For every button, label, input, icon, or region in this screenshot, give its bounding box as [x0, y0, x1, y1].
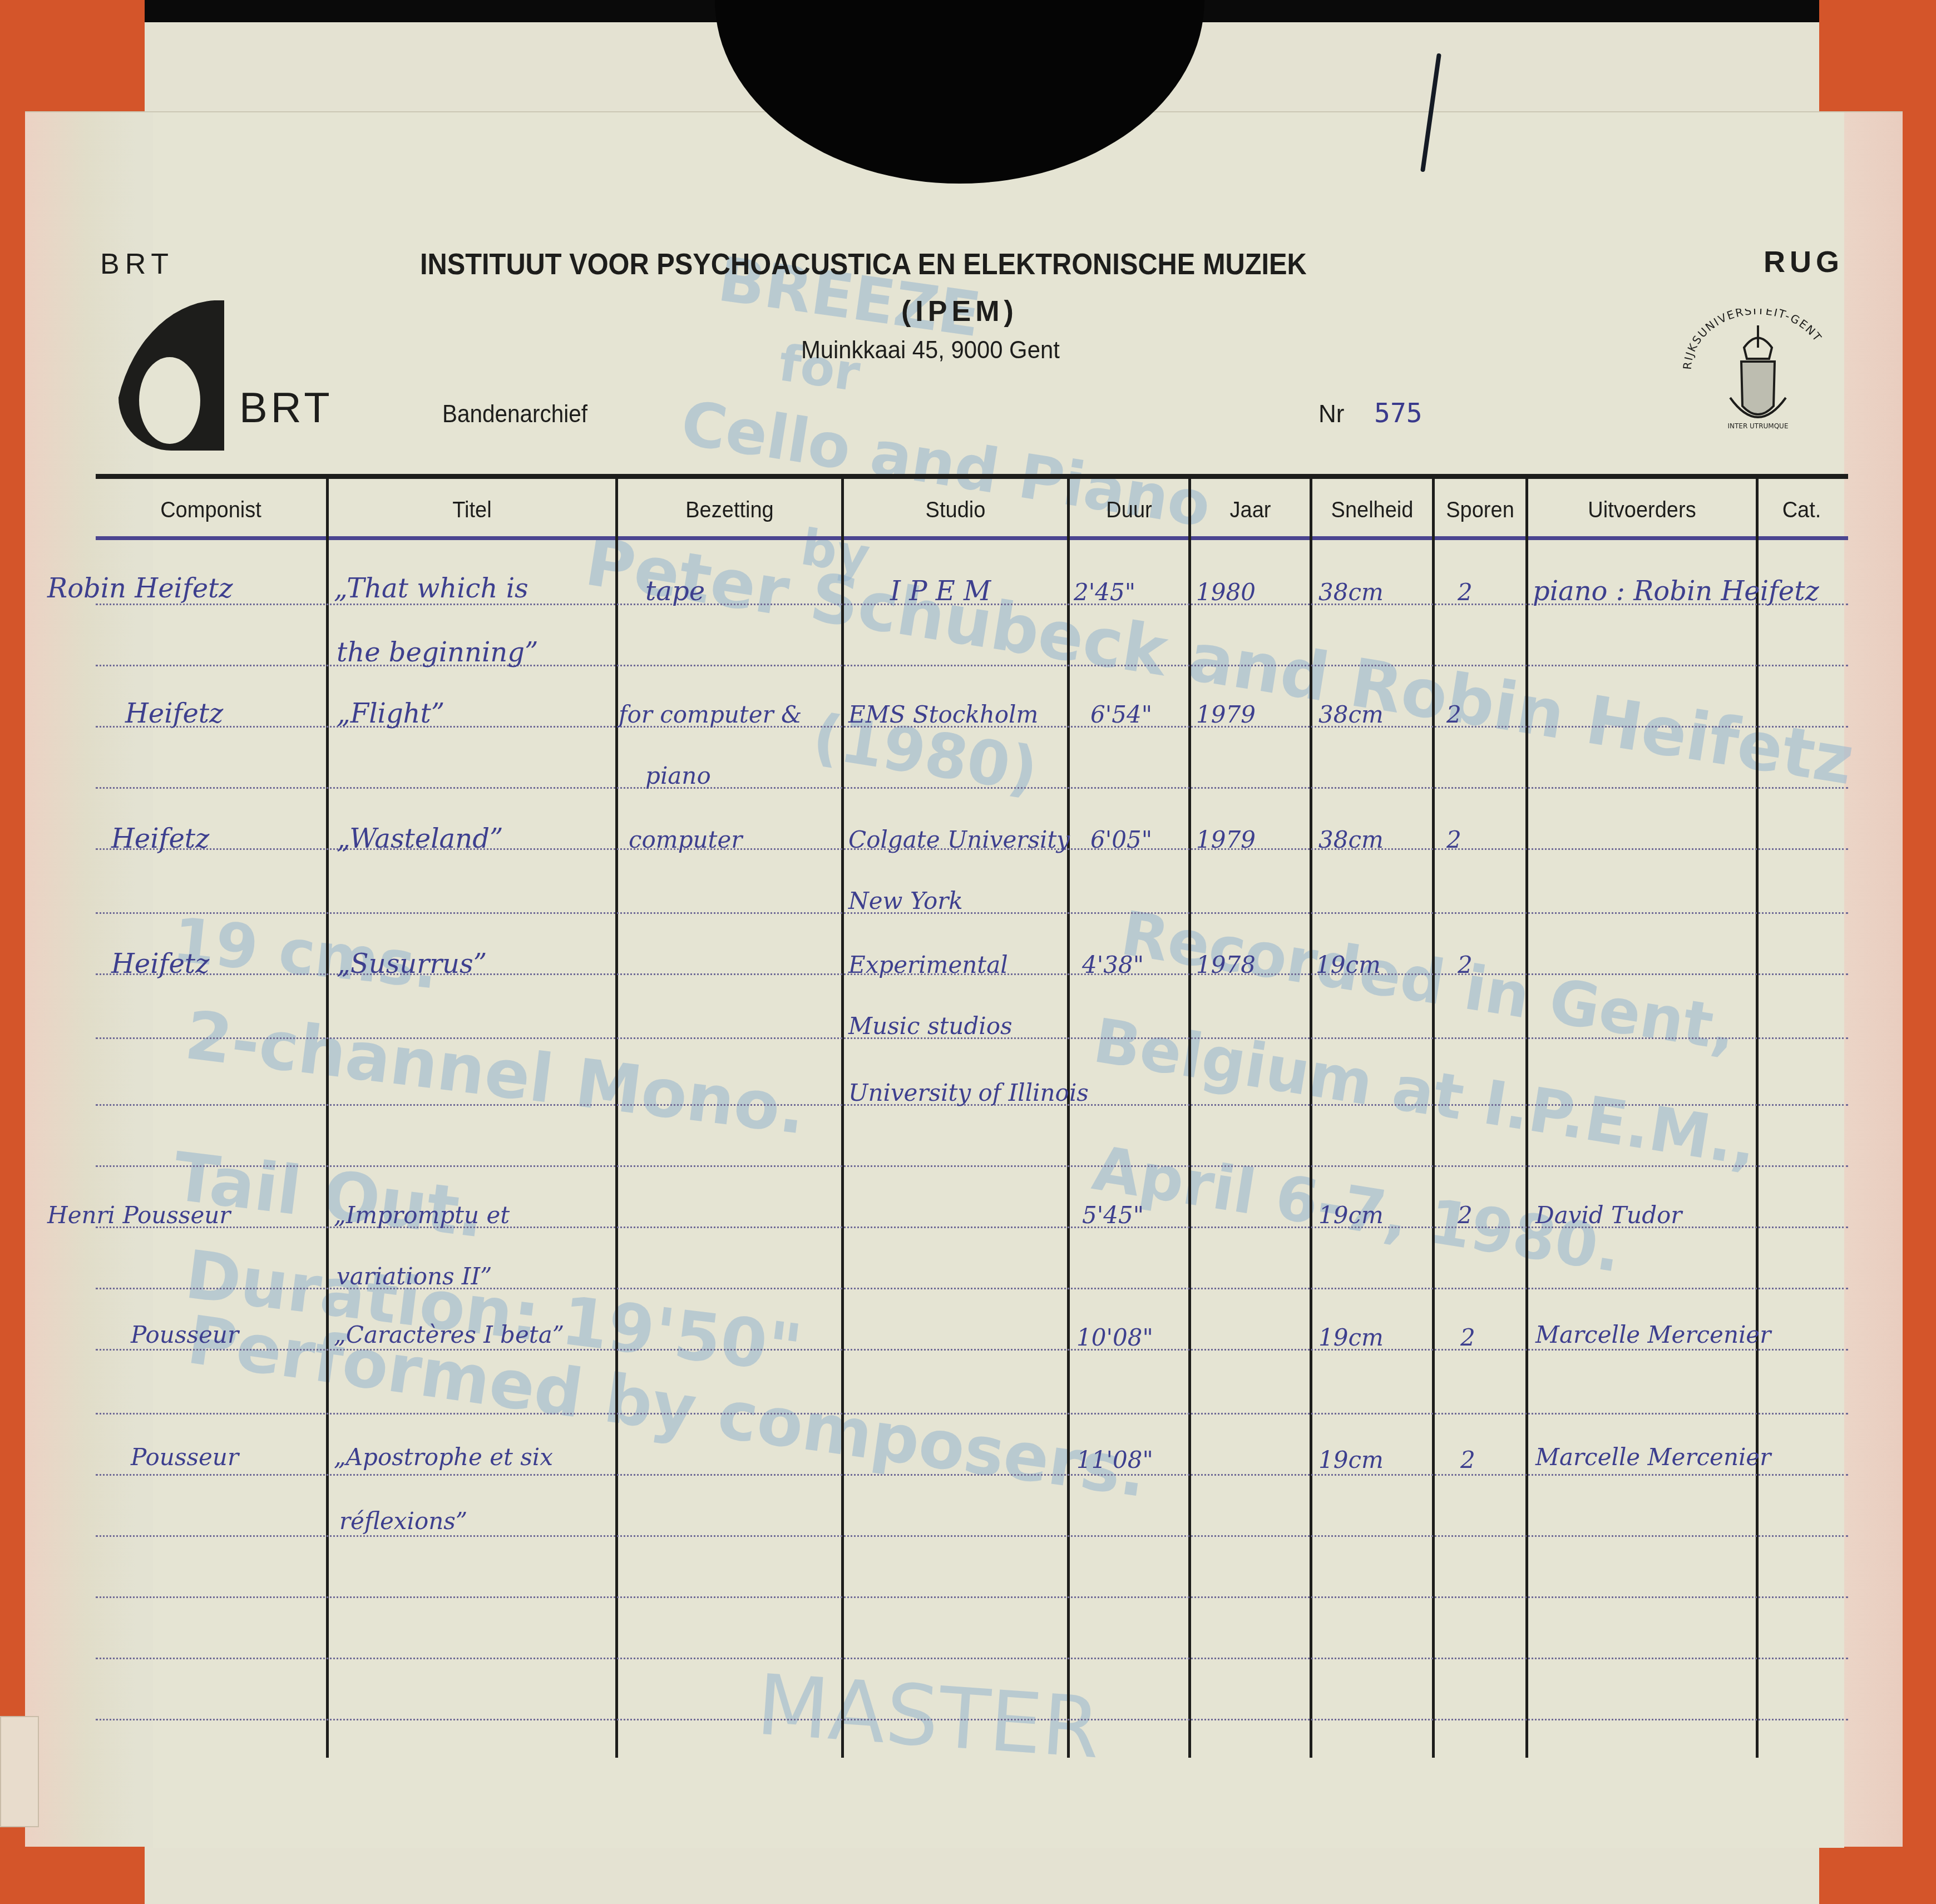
cell-sporen: 2	[1446, 701, 1461, 728]
cell-snelheid: 38cm	[1318, 701, 1384, 728]
cell-sporen: 2	[1458, 951, 1473, 978]
cell-duur: 11'08"	[1076, 1446, 1153, 1473]
institute-abbrev: (IPEM)	[901, 295, 1018, 328]
cell-titel: „Wasteland”	[337, 823, 503, 854]
row-line	[96, 1474, 1848, 1476]
cell-duur: 4'38"	[1082, 951, 1144, 978]
column-divider	[326, 478, 329, 1758]
row-line	[96, 1719, 1848, 1720]
brt-logo-text: BRT	[239, 384, 333, 432]
row-line	[96, 787, 1848, 789]
cell-uitvoerders: David Tudor	[1535, 1201, 1682, 1229]
column-header-duur: Duur	[1073, 498, 1185, 523]
row-line	[96, 1596, 1848, 1598]
column-divider	[1310, 478, 1312, 1758]
cell-duur: 6'54"	[1090, 701, 1152, 728]
table-top-rule	[96, 474, 1848, 479]
brt-label: BRT	[100, 248, 174, 281]
cell-componist: Heifetz	[111, 823, 209, 854]
seal-motto: INTER UTRUMQUE	[1728, 422, 1789, 430]
column-header-uitvoerders: Uitvoerders	[1534, 498, 1750, 523]
cell-bezetting: piano	[645, 762, 711, 789]
column-header-componist: Componist	[101, 498, 320, 523]
row-line	[96, 1165, 1848, 1167]
column-header-bezetting: Bezetting	[624, 498, 836, 523]
cell-componist: Robin Heifetz	[47, 573, 233, 604]
cell-snelheid: 38cm	[1318, 826, 1384, 853]
number-label: Nr	[1318, 400, 1344, 428]
cell-studio: University of Illinois	[848, 1079, 1089, 1106]
cell-snelheid: 38cm	[1318, 578, 1384, 606]
cell-jaar: 1980	[1196, 578, 1256, 606]
column-divider	[841, 478, 844, 1758]
cell-studio: Colgate University	[848, 826, 1070, 853]
cell-titel: the beginning”	[337, 637, 538, 668]
column-header-cat: Cat.	[1761, 498, 1843, 523]
cell-studio: Music studios	[848, 1012, 1013, 1040]
institute-title: INSTITUUT VOOR PSYCHOACUSTICA EN ELEKTRO…	[420, 248, 1307, 281]
cell-bezetting: for computer &	[619, 701, 802, 728]
cell-titel: „Caractères I beta”	[334, 1321, 564, 1348]
cell-titel: „Apostrophe et six	[334, 1443, 553, 1471]
cell-titel: réflexions”	[339, 1507, 467, 1535]
cell-studio: EMS Stockholm	[848, 701, 1038, 728]
cell-duur: 2'45"	[1074, 578, 1135, 606]
row-line	[96, 1349, 1848, 1351]
column-divider	[1432, 478, 1435, 1758]
cell-jaar: 1978	[1196, 951, 1256, 978]
cell-studio: I P E M	[890, 576, 991, 607]
cell-jaar: 1979	[1196, 826, 1256, 853]
table-header-rule	[96, 536, 1848, 540]
cell-snelheid: 19cm	[1318, 1201, 1384, 1229]
cell-sporen: 2	[1446, 826, 1461, 853]
cell-componist: Heifetz	[111, 948, 209, 980]
cell-componist: Pousseur	[131, 1443, 239, 1471]
cell-jaar: 1979	[1196, 701, 1256, 728]
cell-bezetting: computer	[629, 826, 742, 853]
brt-logo-icon	[118, 300, 224, 451]
cell-snelheid: 19cm	[1316, 951, 1381, 978]
row-line	[96, 1535, 1848, 1537]
column-divider	[615, 478, 618, 1758]
cell-duur: 6'05"	[1090, 826, 1152, 853]
column-header-snelheid: Snelheid	[1315, 498, 1429, 523]
column-header-studio: Studio	[850, 498, 1061, 523]
cell-sporen: 2	[1458, 1201, 1473, 1229]
cell-uitvoerders: Marcelle Mercenier	[1535, 1443, 1771, 1471]
cell-duur: 10'08"	[1076, 1324, 1153, 1351]
cell-componist: Henri Pousseur	[47, 1201, 230, 1229]
column-divider	[1067, 478, 1070, 1758]
cell-titel: variations II”	[337, 1263, 492, 1290]
tape-sleeve	[25, 111, 1903, 1847]
institute-address: Muinkkaai 45, 9000 Gent	[801, 337, 1060, 364]
cell-duur: 5'45"	[1082, 1201, 1144, 1229]
cell-snelheid: 19cm	[1318, 1446, 1384, 1473]
row-line	[96, 1413, 1848, 1415]
sleeve-edge-left	[0, 0, 25, 1904]
cell-titel: „Susurrus”	[337, 948, 487, 980]
column-header-jaar: Jaar	[1194, 498, 1306, 523]
archive-label: Bandenarchief	[442, 400, 587, 428]
column-divider	[1188, 478, 1191, 1758]
cell-componist: Pousseur	[131, 1321, 239, 1348]
university-seal-icon: RIJKSUNIVERSITEIT-GENT INTER UTRUMQUE	[1675, 309, 1841, 442]
cell-uitvoerders: Marcelle Mercenier	[1535, 1321, 1771, 1348]
cell-sporen: 2	[1460, 1324, 1475, 1351]
cell-studio: Experimental	[848, 951, 1008, 978]
row-line	[96, 1658, 1848, 1659]
cell-uitvoerders: piano : Robin Heifetz	[1533, 576, 1819, 607]
archive-number: 575	[1374, 398, 1423, 429]
cell-bezetting: tape	[645, 576, 705, 607]
column-divider	[1756, 478, 1759, 1758]
column-header-titel: Titel	[336, 498, 608, 523]
cell-componist: Heifetz	[125, 698, 223, 729]
cell-studio: New York	[848, 887, 963, 914]
column-header-sporen: Sporen	[1437, 498, 1523, 523]
cell-sporen: 2	[1458, 578, 1473, 606]
rug-label: RUG	[1764, 245, 1844, 279]
cell-sporen: 2	[1460, 1446, 1475, 1473]
cell-titel: „Flight”	[337, 698, 445, 729]
adhesive-tape-tab	[0, 1716, 39, 1827]
column-divider	[1525, 478, 1528, 1758]
cell-snelheid: 19cm	[1318, 1324, 1384, 1351]
cell-titel: „Impromptu et	[334, 1201, 510, 1229]
archive-card	[153, 112, 1844, 1848]
row-line	[96, 912, 1848, 914]
cell-titel: „That which is	[334, 573, 529, 604]
